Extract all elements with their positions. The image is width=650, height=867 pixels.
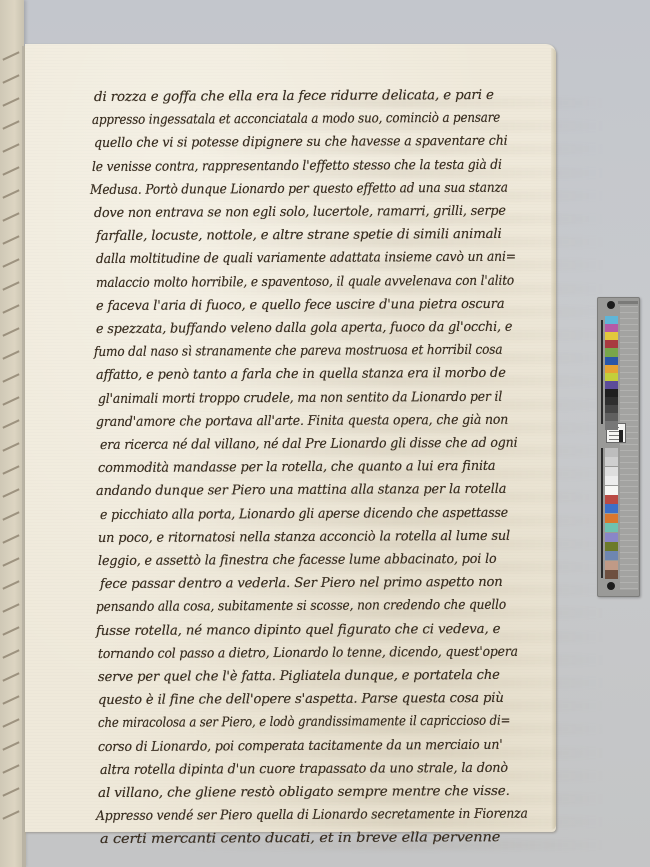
manuscript-line: gl'animali morti troppo crudele, ma non … bbox=[98, 389, 502, 406]
manuscript-line: dalla moltitudine de quali variamente ad… bbox=[96, 250, 516, 267]
manuscript-line: le venisse contra, rappresentando l'effe… bbox=[92, 157, 502, 174]
manuscript-line: commodità mandasse per la rotella, che q… bbox=[98, 459, 496, 476]
target-scale-ticks bbox=[620, 306, 638, 590]
facing-page-handwriting bbox=[2, 258, 19, 267]
target-rail-top bbox=[601, 320, 603, 424]
color-swatch bbox=[605, 467, 618, 476]
facing-page-handwriting bbox=[2, 304, 19, 313]
facing-page-handwriting bbox=[2, 810, 19, 819]
facing-page-handwriting bbox=[2, 764, 19, 773]
facing-page-handwriting bbox=[2, 488, 19, 497]
facing-page-handwriting bbox=[2, 235, 19, 244]
manuscript-line: questo è il fine che dell'opere s'aspett… bbox=[98, 691, 504, 708]
facing-page-handwriting bbox=[2, 143, 19, 152]
manuscript-line: tornando col passo a dietro, Lionardo lo… bbox=[98, 644, 518, 661]
facing-page-handwriting bbox=[2, 534, 19, 543]
target-rail-bottom bbox=[601, 448, 603, 578]
manuscript-line: farfalle, locuste, nottole, e altre stra… bbox=[96, 227, 502, 244]
facing-page-handwriting bbox=[2, 419, 19, 428]
manuscript-line: fusse rotella, né manco dipinto quel fig… bbox=[96, 622, 500, 639]
manuscript-line: fumo dal naso sì stranamente che pareva … bbox=[94, 343, 502, 360]
manuscript-line: appresso ingessatala et acconciatala a m… bbox=[92, 111, 500, 128]
facing-page-handwriting bbox=[2, 350, 19, 359]
facing-page-handwriting bbox=[2, 580, 19, 589]
color-swatch bbox=[605, 561, 618, 570]
color-swatch bbox=[605, 523, 618, 532]
facing-page-handwriting bbox=[2, 189, 19, 198]
manuscript-line: al villano, che gliene restò obligato se… bbox=[98, 784, 510, 801]
manuscript-line: di rozza e goffa che ella era la fece ri… bbox=[94, 88, 494, 105]
manuscript-line: Appresso vendé ser Piero quella di Liona… bbox=[96, 807, 528, 824]
previous-page-edge bbox=[0, 0, 24, 867]
facing-page-handwriting bbox=[2, 327, 19, 336]
facing-page-handwriting bbox=[2, 603, 19, 612]
color-swatch bbox=[605, 448, 618, 457]
manuscript-line: e faceva l'aria di fuoco, e quello fece … bbox=[96, 297, 504, 314]
color-swatch bbox=[605, 457, 618, 466]
manuscript-line: a certi mercanti cento ducati, et in bre… bbox=[100, 830, 500, 847]
manuscript-line: malaccio molto horribile, e spaventoso, … bbox=[96, 273, 514, 290]
manuscript-line: affatto, e penò tanto a farla che in que… bbox=[96, 366, 506, 383]
manuscript-line: andando dunque ser Piero una mattina all… bbox=[96, 482, 506, 499]
manuscript-line: un poco, e ritornatosi nella stanza acco… bbox=[98, 529, 510, 546]
target-hole-top bbox=[607, 301, 615, 309]
manuscript-line: era ricerca né dal villano, né dal Pre L… bbox=[100, 436, 518, 453]
manuscript-line: dove non entrava se non egli solo, lucer… bbox=[94, 204, 506, 221]
page-fore-edge bbox=[551, 48, 556, 830]
manuscript-line: corso di Lionardo, poi comperata tacitam… bbox=[98, 737, 503, 754]
facing-page-handwriting bbox=[2, 97, 19, 106]
facing-page-handwriting bbox=[2, 649, 19, 658]
manuscript-line: pensando alla cosa, subitamente si scoss… bbox=[96, 598, 506, 615]
facing-page-handwriting bbox=[2, 120, 19, 129]
color-swatch bbox=[605, 421, 618, 430]
facing-page-handwriting bbox=[2, 787, 19, 796]
facing-page-handwriting bbox=[2, 741, 19, 750]
color-swatch bbox=[605, 504, 618, 513]
manuscript-line: fece passar dentro a vederla. Ser Piero … bbox=[100, 575, 503, 592]
color-swatch bbox=[605, 533, 618, 542]
facing-page-handwriting bbox=[2, 511, 19, 520]
manuscript-line: leggio, e assettò la finestra che facess… bbox=[98, 552, 497, 569]
facing-page-handwriting bbox=[2, 166, 19, 175]
manuscript-line: serve per quel che l'è fatta. Pigliatela… bbox=[98, 668, 500, 685]
color-swatch bbox=[605, 570, 618, 579]
facing-page-handwriting bbox=[2, 672, 19, 681]
facing-page-handwriting bbox=[2, 373, 19, 382]
manuscript-line: che miracolosa a ser Piero, e lodò grand… bbox=[98, 714, 510, 731]
color-swatch bbox=[605, 495, 618, 504]
facing-page-handwriting bbox=[2, 51, 19, 60]
target-hole-bottom bbox=[607, 582, 615, 590]
color-swatch bbox=[605, 551, 618, 560]
facing-page-handwriting bbox=[2, 212, 19, 221]
facing-page-handwriting bbox=[2, 442, 19, 451]
target-header bbox=[618, 301, 638, 304]
manuscript-line: Medusa. Portò dunque Lionardo per questo… bbox=[90, 180, 508, 197]
color-swatch bbox=[605, 542, 618, 551]
facing-page-handwriting bbox=[2, 465, 19, 474]
manuscript-line: e picchiato alla porta, Lionardo gli ape… bbox=[100, 505, 508, 522]
facing-page-handwriting bbox=[2, 281, 19, 290]
facing-page-handwriting bbox=[2, 626, 19, 635]
color-calibration-target bbox=[597, 297, 640, 597]
facing-page-handwriting bbox=[2, 695, 19, 704]
color-swatch bbox=[605, 486, 618, 495]
manuscript-line: e spezzata, buffando veleno dalla gola a… bbox=[96, 320, 512, 337]
facing-page-handwriting bbox=[2, 396, 19, 405]
facing-page-handwriting bbox=[2, 557, 19, 566]
manuscript-line: grand'amore che portava all'arte. Finita… bbox=[96, 413, 508, 430]
facing-page-handwriting bbox=[2, 74, 19, 83]
manuscript-line: altra rotella dipinta d'un cuore trapass… bbox=[100, 761, 508, 778]
manuscript-line: quello che vi si potesse dipignere su ch… bbox=[94, 134, 508, 151]
color-swatch bbox=[605, 476, 618, 485]
color-swatch bbox=[605, 514, 618, 523]
facing-page-handwriting bbox=[2, 718, 19, 727]
